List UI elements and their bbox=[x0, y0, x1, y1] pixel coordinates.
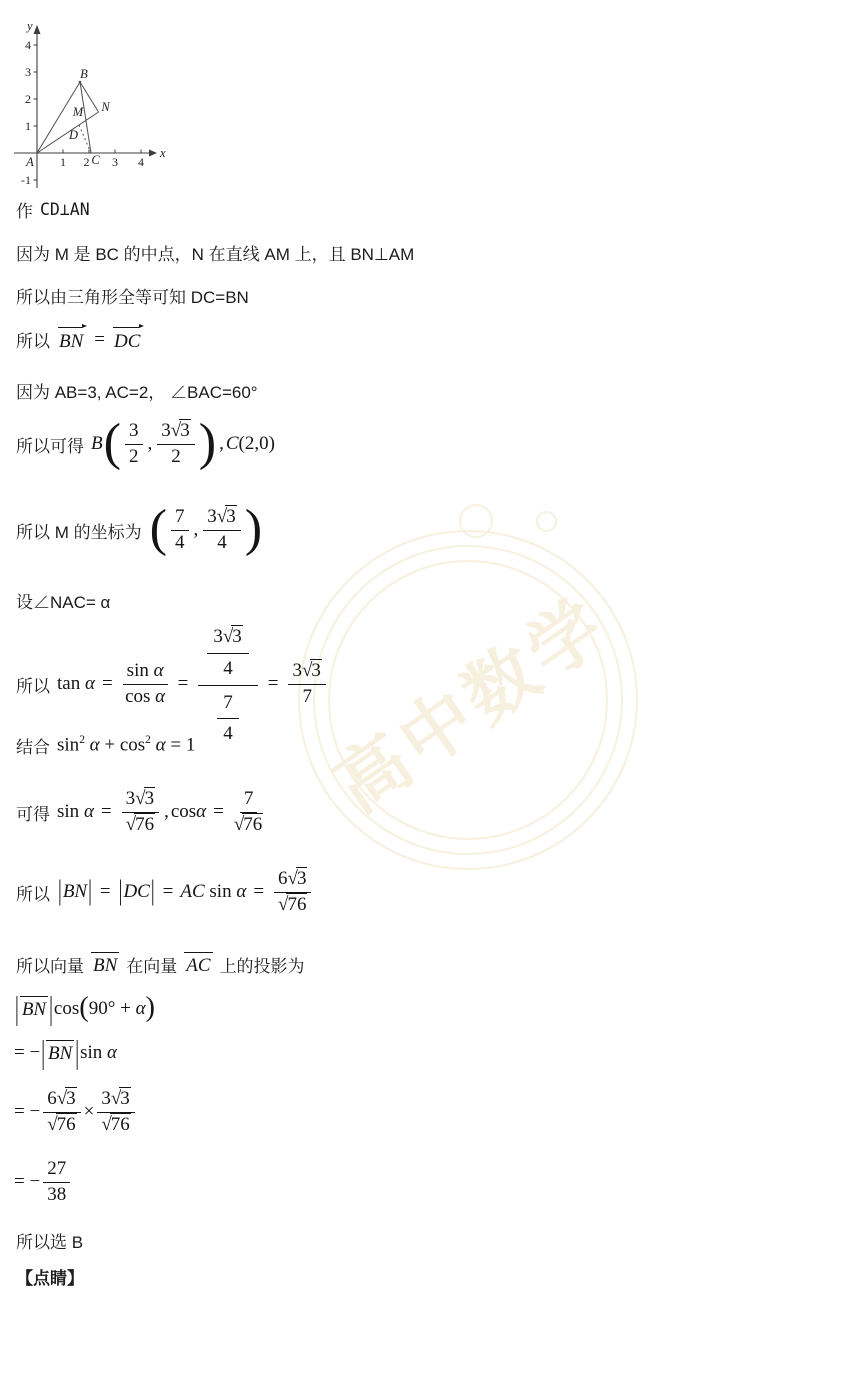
numerator: 27 bbox=[43, 1158, 70, 1183]
vector-DC: DC bbox=[112, 326, 144, 353]
line-math: CD⊥AN bbox=[40, 200, 90, 219]
fraction: 6√3 √76 bbox=[43, 1088, 80, 1137]
x-tick-label: 4 bbox=[138, 155, 144, 169]
line-text: 所以选 B bbox=[16, 1228, 83, 1253]
left-paren: ( bbox=[79, 992, 89, 1023]
equals-sign: = bbox=[268, 673, 279, 695]
denominator: 7 4 bbox=[214, 686, 242, 747]
alpha: α bbox=[136, 998, 146, 1019]
cos: cos bbox=[125, 686, 150, 707]
x-tick-label: 2 bbox=[84, 155, 90, 169]
alpha: α bbox=[85, 673, 95, 694]
y-axis-label: y bbox=[25, 19, 33, 33]
times-sign: × bbox=[84, 1101, 95, 1123]
radicand: 3 bbox=[225, 505, 237, 527]
line-text: 所以 bbox=[16, 880, 50, 905]
equals-sign: = bbox=[94, 329, 105, 351]
solution-line-8: 设∠NAC= α bbox=[16, 588, 110, 613]
solution-line-10: 结合 sin2 α + cos2 α = 1 bbox=[16, 733, 195, 758]
x-tick-label: 1 bbox=[60, 155, 66, 169]
solution-line-6: 所以可得 B ( 3 2 , 3√3 2 ) , C(2,0) bbox=[16, 420, 275, 469]
alpha: α bbox=[196, 801, 206, 822]
fraction-result: 3√3 7 bbox=[288, 660, 325, 709]
solution-page: 高中数学 y x 1 2 3 4 4 3 2 1 -1 A B bbox=[0, 0, 864, 1393]
line-text: 可得 bbox=[16, 800, 50, 825]
point-B-dot bbox=[79, 81, 82, 84]
vector-DC-body: DC bbox=[112, 326, 144, 353]
radicand: 76 bbox=[56, 1113, 77, 1135]
solution-line-19: 【点睛】 bbox=[16, 1264, 84, 1289]
equals-minus: = − bbox=[14, 1101, 40, 1123]
solution-line-13: 所以向量 BN 在向量 AC 上的投影为 bbox=[16, 952, 312, 977]
line-text: 因为 AB=3, AC=2， ∠BAC=60° bbox=[16, 378, 258, 403]
watermark-stamp: 高中数学 bbox=[298, 530, 638, 870]
equals-sign: = bbox=[178, 673, 189, 695]
overline-BN: BN bbox=[46, 1040, 74, 1065]
line-text: 在向量 bbox=[126, 952, 177, 977]
abs-overline-BN: |BN| bbox=[40, 1040, 80, 1065]
alpha: α bbox=[156, 735, 166, 756]
equals-minus: = − bbox=[14, 1171, 40, 1193]
AC: AC bbox=[180, 881, 204, 902]
cos: cos bbox=[120, 735, 145, 756]
numerator: 7 bbox=[217, 690, 239, 720]
denominator: 4 bbox=[223, 654, 233, 681]
denominator: √76 bbox=[126, 813, 155, 837]
solution-line-5: 因为 AB=3, AC=2， ∠BAC=60° bbox=[16, 378, 258, 403]
radicand: 76 bbox=[110, 1113, 131, 1135]
sin-alpha: sin α bbox=[80, 1042, 117, 1064]
BN: BN bbox=[63, 881, 87, 902]
exponent: 2 bbox=[79, 734, 85, 746]
right-paren: ) bbox=[146, 992, 156, 1023]
x-axis-arrow bbox=[149, 150, 157, 157]
overline-AC: AC bbox=[184, 952, 212, 977]
equals-sign: = bbox=[253, 881, 264, 903]
radicand: 3 bbox=[144, 787, 156, 809]
point-label-D: D bbox=[68, 128, 78, 142]
fraction: 3√3 2 bbox=[157, 420, 194, 469]
plus-sign: + bbox=[120, 998, 131, 1019]
sin: sin bbox=[57, 735, 79, 756]
point-C-coords: C(2,0) bbox=[226, 433, 275, 455]
x-tick-label: 3 bbox=[112, 155, 118, 169]
equals-sign: = bbox=[213, 801, 224, 823]
fraction: 3 2 bbox=[125, 420, 143, 469]
x-axis-label: x bbox=[159, 146, 166, 160]
point-label-M: M bbox=[72, 105, 84, 119]
line-text: 上的投影为 bbox=[220, 952, 305, 977]
radicand: 3 bbox=[310, 659, 322, 681]
cos-alpha: cosα bbox=[171, 801, 206, 823]
y-tick-label: 1 bbox=[25, 119, 31, 133]
alpha: α bbox=[236, 881, 246, 902]
equals-sign: = bbox=[163, 881, 174, 903]
line-text: 因为 M 是 BC 的中点，N 在直线 AM 上，且 BN⊥AM bbox=[16, 240, 414, 265]
vector-BN: BN bbox=[57, 326, 87, 353]
radicand: 3 bbox=[296, 867, 308, 889]
fraction: 3√3 4 bbox=[203, 506, 240, 555]
equals-one: = 1 bbox=[170, 735, 195, 756]
denominator: 38 bbox=[47, 1183, 66, 1207]
numerator: 3√3 bbox=[207, 624, 248, 654]
solution-line-3: 所以由三角形全等可知 DC=BN bbox=[16, 283, 249, 308]
radicand: 3 bbox=[65, 1087, 77, 1109]
point-label-N: N bbox=[100, 100, 110, 114]
numerator: 3√3 bbox=[203, 506, 240, 531]
fraction: 7 4 bbox=[171, 506, 189, 555]
comma: , bbox=[164, 801, 169, 823]
fraction: 3√3 √76 bbox=[97, 1088, 134, 1137]
abs-bar: | bbox=[49, 991, 53, 1030]
solution-line-2: 因为 M 是 BC 的中点，N 在直线 AM 上，且 BN⊥AM bbox=[16, 240, 414, 265]
tan-alpha: tan α bbox=[57, 673, 95, 695]
solution-line-11: 可得 sin α = 3√3 √76 , cosα = 7 √76 bbox=[16, 788, 266, 837]
coefficient: 3 bbox=[161, 420, 171, 441]
solution-line-12: 所以 |BN| = |DC| = AC sin α = 6√3 √76 bbox=[16, 868, 314, 917]
denominator: 4 bbox=[175, 531, 185, 555]
denominator: 2 bbox=[129, 445, 139, 469]
denominator: 4 bbox=[217, 531, 227, 555]
solution-line-14: |BN| cos(90° + α) bbox=[14, 996, 155, 1021]
y-tick-label-neg: -1 bbox=[21, 173, 31, 187]
point-label-A: A bbox=[25, 155, 34, 169]
point-label-B: B bbox=[80, 67, 88, 81]
line-text: 结合 bbox=[16, 733, 50, 758]
radicand: 3 bbox=[231, 625, 243, 647]
line-text: 所以可得 bbox=[16, 432, 84, 457]
radicand: 3 bbox=[179, 419, 191, 441]
numerator: 3√3 bbox=[97, 1088, 134, 1113]
numerator: 3√3 4 bbox=[198, 622, 257, 686]
solution-line-1: 作 CD⊥AN bbox=[16, 197, 90, 222]
fraction: 3√3 4 bbox=[207, 624, 248, 681]
solution-line-15: = − |BN| sin α bbox=[14, 1040, 117, 1065]
fraction: 27 38 bbox=[43, 1158, 70, 1207]
alpha: α bbox=[107, 1042, 117, 1063]
alpha: α bbox=[154, 660, 164, 681]
point-C: C bbox=[226, 433, 239, 454]
denominator: 7 bbox=[302, 685, 312, 709]
overline-BN: BN bbox=[20, 996, 48, 1021]
line-text: 所以 bbox=[16, 327, 50, 352]
abs-DC: |DC| bbox=[118, 881, 156, 903]
solution-line-9: 所以 tan α = sin α cos α = 3√3 4 7 4 = bbox=[16, 622, 329, 746]
y-tick-label: 3 bbox=[25, 65, 31, 79]
numerator: 3√3 bbox=[157, 420, 194, 445]
section-heading: 【点睛】 bbox=[16, 1264, 84, 1289]
exponent: 2 bbox=[145, 734, 151, 746]
denominator: √76 bbox=[234, 813, 263, 837]
numerator: 3√3 bbox=[288, 660, 325, 685]
solution-line-7: 所以 M 的坐标为 ( 7 4 , 3√3 4 ) bbox=[16, 506, 263, 555]
coefficient: 6 bbox=[278, 868, 288, 889]
sin: sin bbox=[80, 1042, 102, 1063]
abs-overline-BN: |BN| bbox=[14, 996, 54, 1021]
coefficient: 3 bbox=[213, 626, 223, 647]
AC-sin-alpha: AC sin α bbox=[180, 881, 246, 903]
sin-alpha: sin α bbox=[57, 801, 94, 823]
radicand: 76 bbox=[134, 813, 155, 835]
abs-BN: |BN| bbox=[57, 881, 93, 903]
tan: tan bbox=[57, 673, 80, 694]
numerator: 6√3 bbox=[43, 1088, 80, 1113]
abs-bar: | bbox=[151, 876, 155, 909]
comma: , bbox=[219, 433, 224, 455]
numerator: 3 bbox=[125, 420, 143, 445]
cos-term: cos(90° + α) bbox=[54, 998, 155, 1020]
coefficient: 6 bbox=[47, 1088, 57, 1109]
fraction: 6√3 √76 bbox=[274, 868, 311, 917]
equals-minus: = − bbox=[14, 1042, 40, 1064]
point-label-C: C bbox=[91, 153, 100, 167]
abs-bar: | bbox=[75, 1035, 79, 1074]
sin: sin bbox=[127, 660, 149, 681]
numerator: 3√3 bbox=[122, 788, 159, 813]
coefficient: 3 bbox=[207, 506, 217, 527]
equals-sign: = bbox=[100, 881, 111, 903]
line-text: 所以向量 bbox=[16, 952, 84, 977]
cos: cos bbox=[54, 998, 79, 1019]
coefficient: 3 bbox=[292, 660, 302, 681]
line-text: 所以由三角形全等可知 DC=BN bbox=[16, 283, 249, 308]
identity: sin2 α + cos2 α = 1 bbox=[57, 734, 195, 756]
plus-sign: + bbox=[104, 735, 115, 756]
denominator: 4 bbox=[223, 719, 233, 746]
abs-bar: | bbox=[58, 876, 62, 909]
radicand: 3 bbox=[119, 1087, 131, 1109]
denominator: √76 bbox=[278, 893, 307, 917]
numerator: sin α bbox=[123, 660, 168, 685]
equals-sign: = bbox=[102, 673, 113, 695]
cos: cos bbox=[171, 801, 196, 822]
alpha: α bbox=[155, 686, 165, 707]
abs-bar: | bbox=[15, 991, 19, 1030]
coords: (2,0) bbox=[239, 433, 275, 454]
coordinate-figure: y x 1 2 3 4 4 3 2 1 -1 A B C D M N bbox=[0, 0, 180, 198]
vector-BN-body: BN bbox=[57, 326, 87, 353]
numerator: 7 bbox=[240, 788, 258, 813]
angle-90: 90° bbox=[89, 998, 116, 1019]
line-text: 所以 bbox=[16, 672, 50, 697]
line-text: 作 bbox=[16, 197, 33, 222]
comma: , bbox=[194, 519, 199, 541]
denominator: √76 bbox=[47, 1113, 76, 1137]
denominator: cos α bbox=[125, 685, 165, 709]
fraction: 7 √76 bbox=[234, 788, 263, 837]
DC: DC bbox=[123, 881, 149, 902]
line-text: 设∠NAC= α bbox=[16, 588, 110, 613]
solution-line-4: 所以 BN = DC bbox=[16, 326, 144, 353]
radicand: 76 bbox=[242, 813, 263, 835]
y-tick-label: 2 bbox=[25, 92, 31, 106]
abs-bar: | bbox=[88, 876, 92, 909]
y-axis-arrow bbox=[34, 25, 41, 34]
denominator: 2 bbox=[171, 445, 181, 469]
equals-sign: = bbox=[101, 801, 112, 823]
solution-line-17: = − 27 38 bbox=[14, 1158, 73, 1207]
denominator: √76 bbox=[101, 1113, 130, 1137]
watermark-circle-small bbox=[536, 511, 557, 532]
radicand: 76 bbox=[286, 893, 307, 915]
alpha: α bbox=[90, 735, 100, 756]
overline-BN: BN bbox=[91, 952, 119, 977]
segment-AN bbox=[37, 112, 99, 153]
sin: sin bbox=[57, 801, 79, 822]
numerator: 6√3 bbox=[274, 868, 311, 893]
coefficient: 3 bbox=[101, 1088, 111, 1109]
numerator: 7 bbox=[171, 506, 189, 531]
fraction: 3√3 √76 bbox=[122, 788, 159, 837]
comma: , bbox=[148, 433, 153, 455]
sin: sin bbox=[209, 881, 231, 902]
compound-fraction: 3√3 4 7 4 bbox=[198, 622, 257, 746]
point-B: B bbox=[91, 433, 103, 455]
y-tick-label: 4 bbox=[25, 38, 31, 52]
abs-bar: | bbox=[41, 1035, 45, 1074]
fraction: 7 4 bbox=[217, 690, 239, 747]
coefficient: 3 bbox=[126, 788, 136, 809]
watermark-circle-large bbox=[459, 504, 493, 538]
alpha: α bbox=[84, 801, 94, 822]
line-text: 所以 M 的坐标为 bbox=[16, 518, 142, 543]
solution-line-16: = − 6√3 √76 × 3√3 √76 bbox=[14, 1088, 138, 1137]
solution-line-18: 所以选 B bbox=[16, 1228, 83, 1253]
fraction-sin-cos: sin α cos α bbox=[123, 660, 168, 709]
abs-bar: | bbox=[119, 876, 123, 909]
